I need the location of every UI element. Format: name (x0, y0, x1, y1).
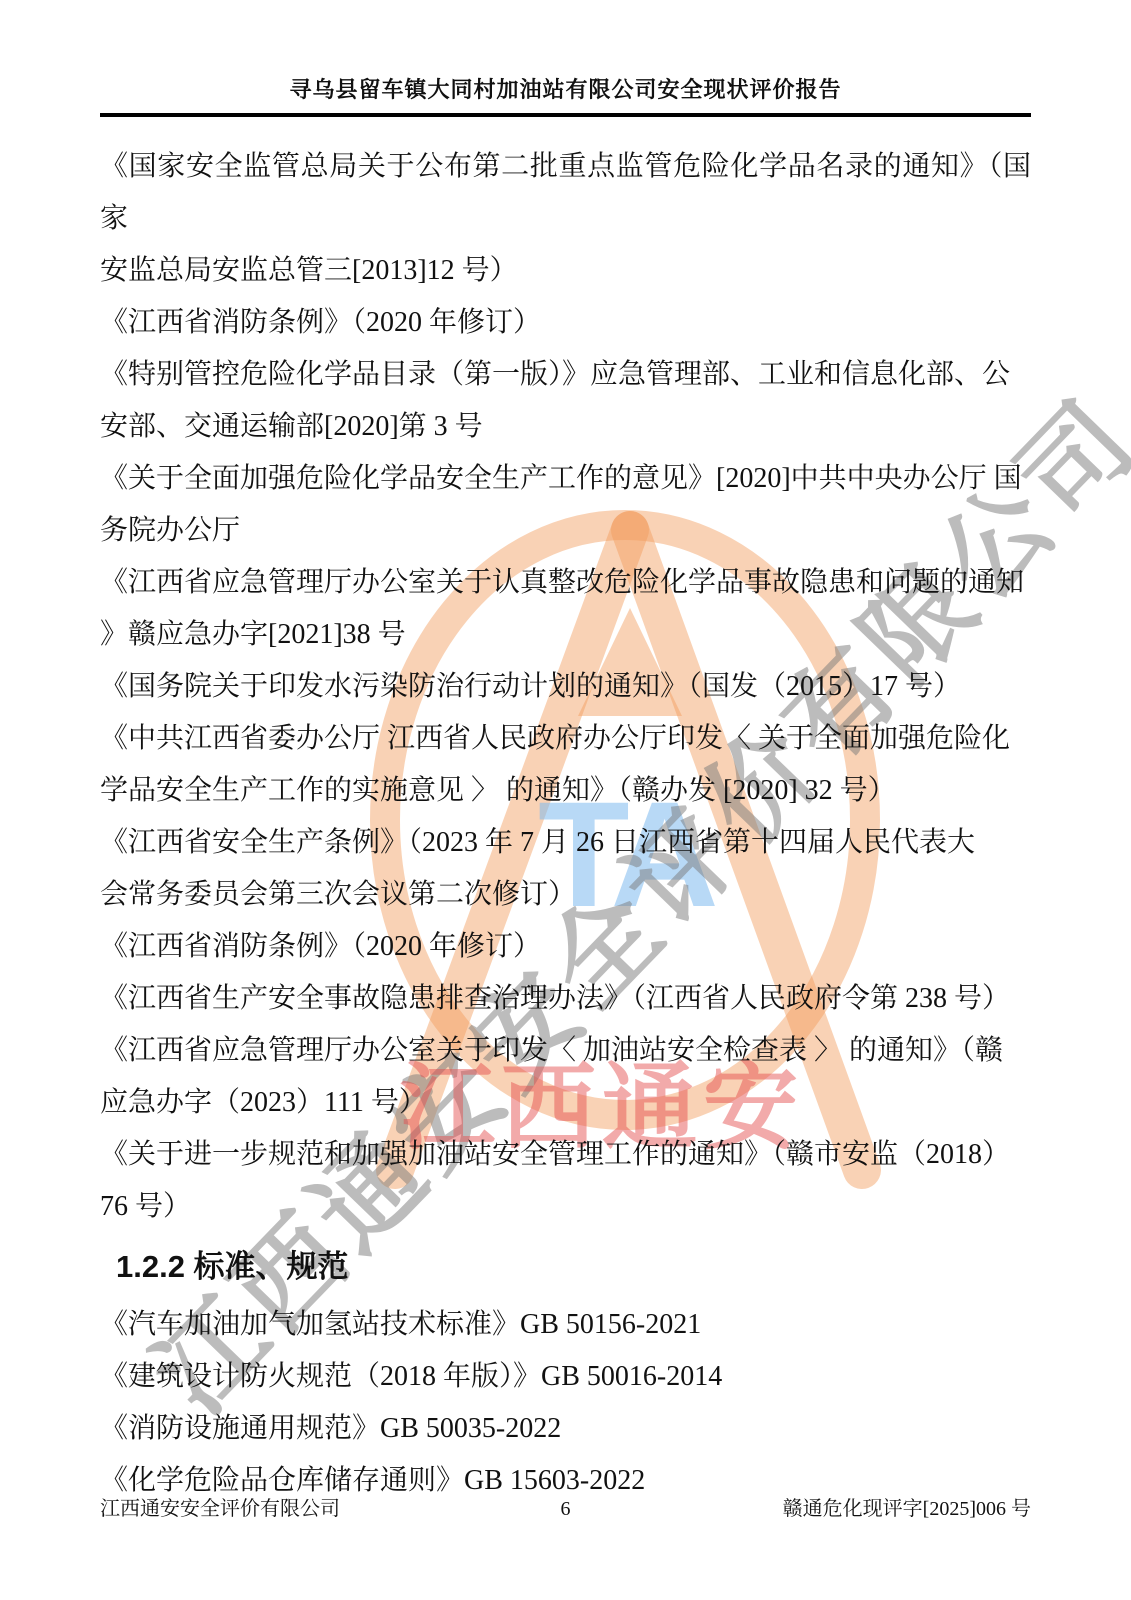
report-page: TA 江西通安安全评价有限公司 江西通安 寻乌县留车镇大同村加油站有限公司安全现… (0, 0, 1131, 1600)
regulation-paragraph: 《江西省应急管理厅办公室关于认真整改危险化学品事故隐患和问题的通知 》赣应急办字… (100, 557, 1031, 661)
standard-paragraph: 《建筑设计防火规范（2018 年版）》GB 50016-2014 (100, 1351, 1031, 1403)
footer-company: 江西通安安全评价有限公司 (100, 1496, 340, 1522)
regulation-paragraph: 《江西省消防条例》（2020 年修订） (100, 297, 1031, 349)
standard-paragraph: 《消防设施通用规范》GB 50035-2022 (100, 1403, 1031, 1455)
regulation-paragraph: 《关于进一步规范和加强加油站安全管理工作的通知》（赣市安监（2018） 76 号… (100, 1129, 1031, 1233)
standards-list: 《汽车加油加气加氢站技术标准》GB 50156-2021 《建筑设计防火规范（2… (100, 1299, 1031, 1507)
page-header-title: 寻乌县留车镇大同村加油站有限公司安全现状评价报告 (100, 76, 1031, 104)
document-body: 《国家安全监管总局关于公布第二批重点监管危险化学品名录的通知》（国家 安监总局安… (0, 117, 1131, 1507)
regulation-paragraph: 《江西省生产安全事故隐患排查治理办法》（江西省人民政府令第 238 号） (100, 973, 1031, 1025)
document-content: 寻乌县留车镇大同村加油站有限公司安全现状评价报告 《国家安全监管总局关于公布第二… (0, 0, 1131, 1507)
footer-page-number: 6 (561, 1496, 571, 1522)
regulation-paragraph: 《江西省安全生产条例》（2023 年 7 月 26 日江西省第十四届人民代表大 … (100, 817, 1031, 921)
page-header: 寻乌县留车镇大同村加油站有限公司安全现状评价报告 (0, 0, 1131, 117)
regulation-paragraph: 《国家安全监管总局关于公布第二批重点监管危险化学品名录的通知》（国家 安监总局安… (100, 141, 1031, 297)
regulation-paragraph: 《江西省应急管理厅办公室关于印发〈 加油站安全检查表 〉 的通知》（赣 应急办字… (100, 1025, 1031, 1129)
footer-doc-number: 赣通危化现评字[2025]006 号 (783, 1496, 1031, 1522)
regulation-paragraph: 《江西省消防条例》（2020 年修订） (100, 921, 1031, 973)
section-heading: 1.2.2 标准、规范 (116, 1245, 1031, 1289)
regulation-list: 《国家安全监管总局关于公布第二批重点监管危险化学品名录的通知》（国家 安监总局安… (100, 141, 1031, 1233)
regulation-paragraph: 《特别管控危险化学品目录（第一版）》应急管理部、工业和信息化部、公 安部、交通运… (100, 349, 1031, 453)
regulation-paragraph: 《国务院关于印发水污染防治行动计划的通知》（国发（2015）17 号） (100, 661, 1031, 713)
regulation-paragraph: 《关于全面加强危险化学品安全生产工作的意见》[2020]中共中央办公厅 国 务院… (100, 453, 1031, 557)
regulation-paragraph: 《中共江西省委办公厅 江西省人民政府办公厅印发〈 关于全面加强危险化 学品安全生… (100, 713, 1031, 817)
standard-paragraph: 《汽车加油加气加氢站技术标准》GB 50156-2021 (100, 1299, 1031, 1351)
